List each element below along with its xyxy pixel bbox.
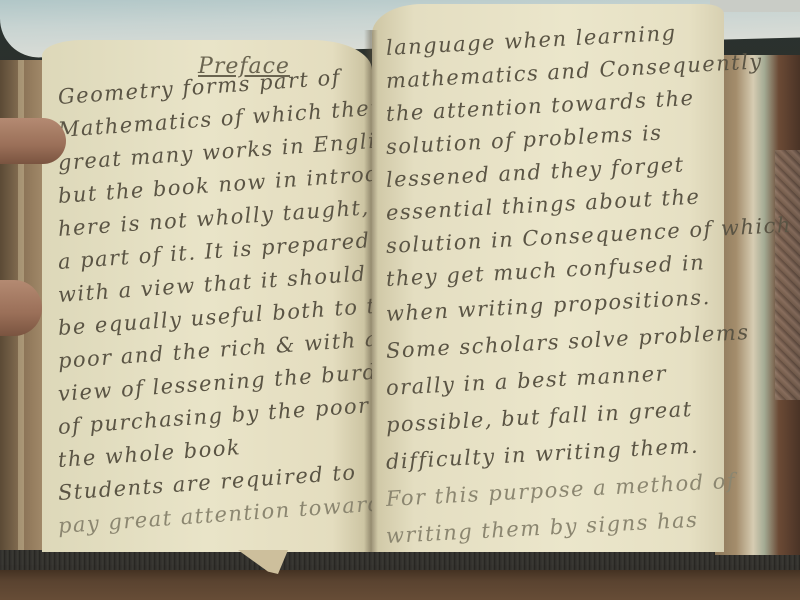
background-paper-sheet-edge	[710, 0, 800, 12]
left-page: Preface Geometry forms part of Mathemati…	[42, 40, 372, 552]
book-gutter	[364, 30, 378, 552]
wooden-table	[0, 565, 800, 600]
hand-finger	[0, 118, 66, 164]
right-page: language when learning mathematics and C…	[372, 4, 724, 552]
marbled-cover-edge	[775, 150, 800, 400]
photo-scene: Preface Geometry forms part of Mathemati…	[0, 0, 800, 600]
